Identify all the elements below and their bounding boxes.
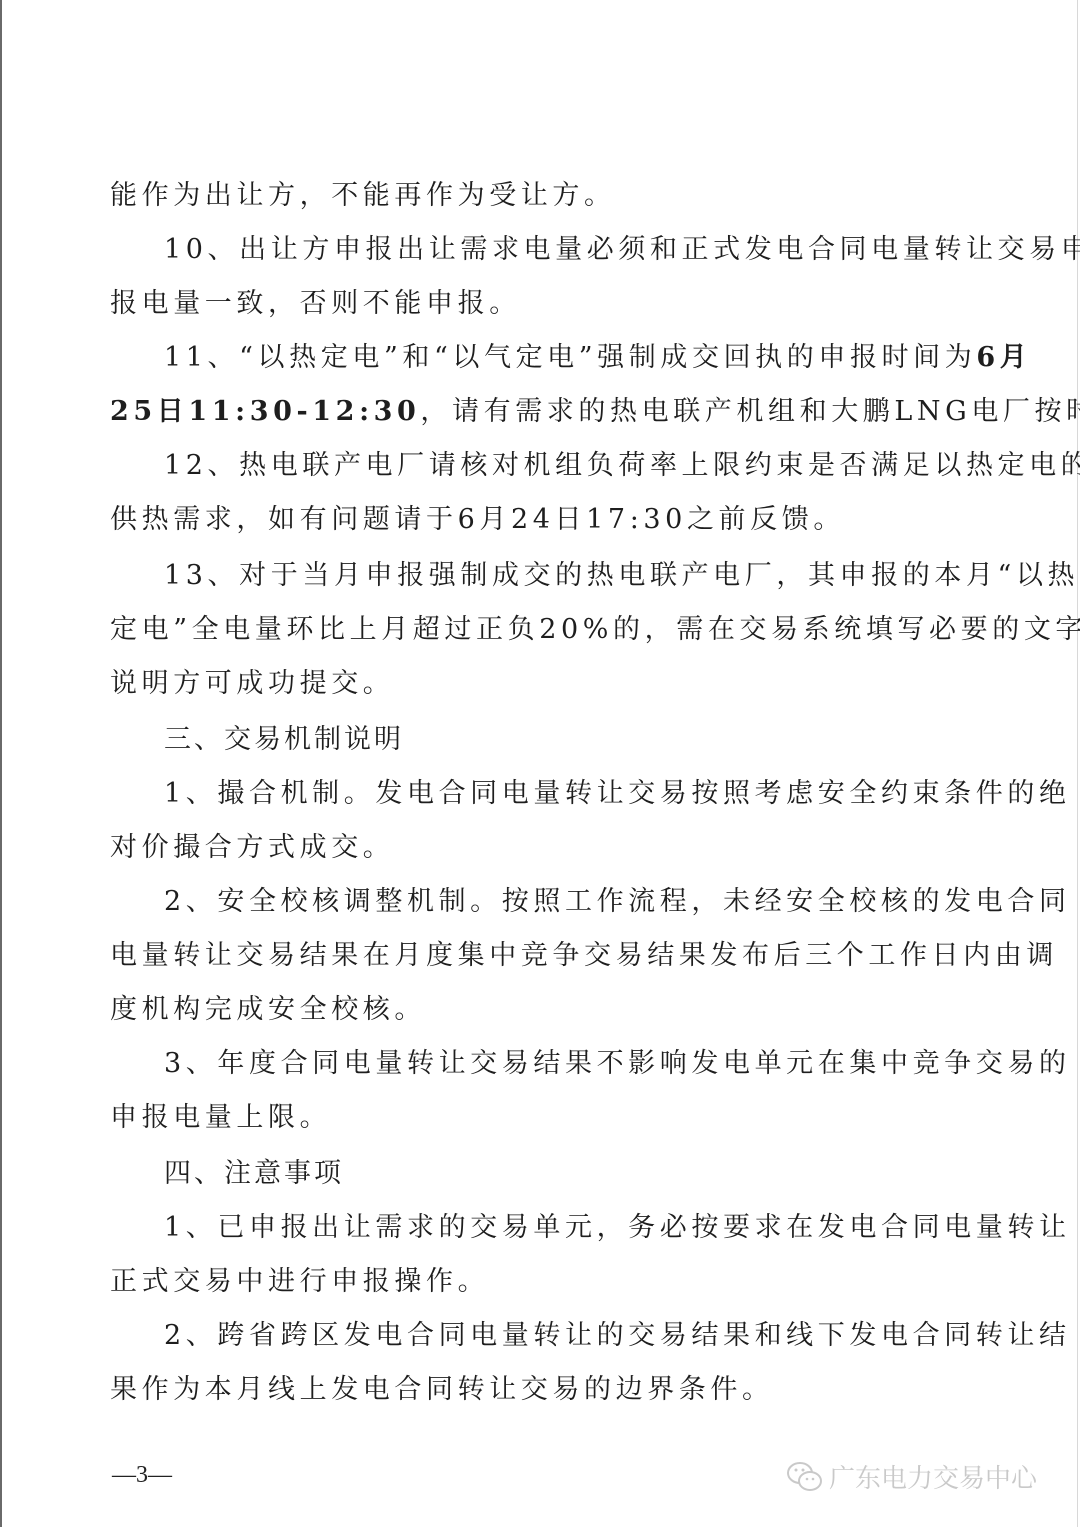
paragraph-line: 果作为本月线上发电合同转让交易的边界条件。 <box>110 1374 990 1406</box>
scan-edge-right <box>1077 0 1078 1527</box>
item-11: 11、“以热定电”和“以气定电”强制成交回执的申报时间为6月 <box>164 342 1044 374</box>
scan-edge-left <box>0 0 2 1527</box>
paragraph-line: 申报电量上限。 <box>110 1102 990 1134</box>
paragraph-line: 能作为出让方，不能再作为受让方。 <box>110 180 990 212</box>
item-10: 10、出让方申报出让需求电量必须和正式发电合同电量转让交易申 <box>164 234 1044 266</box>
paragraph-line: 报电量一致，否则不能申报。 <box>110 288 990 320</box>
notice-item-1: 1、已申报出让需求的交易单元，务必按要求在发电合同电量转让 <box>164 1212 1044 1244</box>
section-heading-4: 四、注意事项 <box>164 1158 1044 1190</box>
section-heading-3: 三、交易机制说明 <box>164 724 1044 756</box>
page-number: —3— <box>112 1462 172 1489</box>
paragraph-line: 供热需求，如有问题请于6月24日17:30之前反馈。 <box>110 504 990 536</box>
item-12: 12、热电联产电厂请核对机组负荷率上限约束是否满足以热定电的 <box>164 450 1044 482</box>
mechanism-item-3: 3、年度合同电量转让交易结果不影响发电单元在集中竞争交易的 <box>164 1048 1044 1080</box>
item-11-text-cont: ，请有需求的热电联产机组和大鹏LNG电厂按时申报。 <box>420 396 1080 427</box>
paragraph-line: 电量转让交易结果在月度集中竞争交易结果发布后三个工作日内由调 <box>110 940 990 972</box>
watermark-text: 广东电力交易中心 <box>829 1458 1037 1495</box>
item-11-time: 25日11:30-12:30 <box>110 396 420 427</box>
paragraph-line: 度机构完成安全校核。 <box>110 994 990 1026</box>
mechanism-item-1: 1、撮合机制。发电合同电量转让交易按照考虑安全约束条件的绝 <box>164 778 1044 810</box>
item-13: 13、对于当月申报强制成交的热电联产电厂，其申报的本月“以热 <box>164 560 1044 592</box>
paragraph-line: 对价撮合方式成交。 <box>110 832 990 864</box>
item-11-date: 6月 <box>976 342 1031 373</box>
wechat-icon <box>785 1460 825 1494</box>
mechanism-item-2: 2、安全校核调整机制。按照工作流程，未经安全校核的发电合同 <box>164 886 1044 918</box>
paragraph-line: 定电”全电量环比上月超过正负20%的，需在交易系统填写必要的文字 <box>110 614 990 646</box>
item-11-text: 11、“以热定电”和“以气定电”强制成交回执的申报时间为 <box>164 342 976 373</box>
paragraph-line: 25日11:30-12:30，请有需求的热电联产机组和大鹏LNG电厂按时申报。 <box>110 396 990 428</box>
paragraph-line: 说明方可成功提交。 <box>110 668 990 700</box>
notice-item-2: 2、跨省跨区发电合同电量转让的交易结果和线下发电合同转让结 <box>164 1320 1044 1352</box>
watermark: 广东电力交易中心 <box>785 1458 1037 1495</box>
paragraph-line: 正式交易中进行申报操作。 <box>110 1266 990 1298</box>
